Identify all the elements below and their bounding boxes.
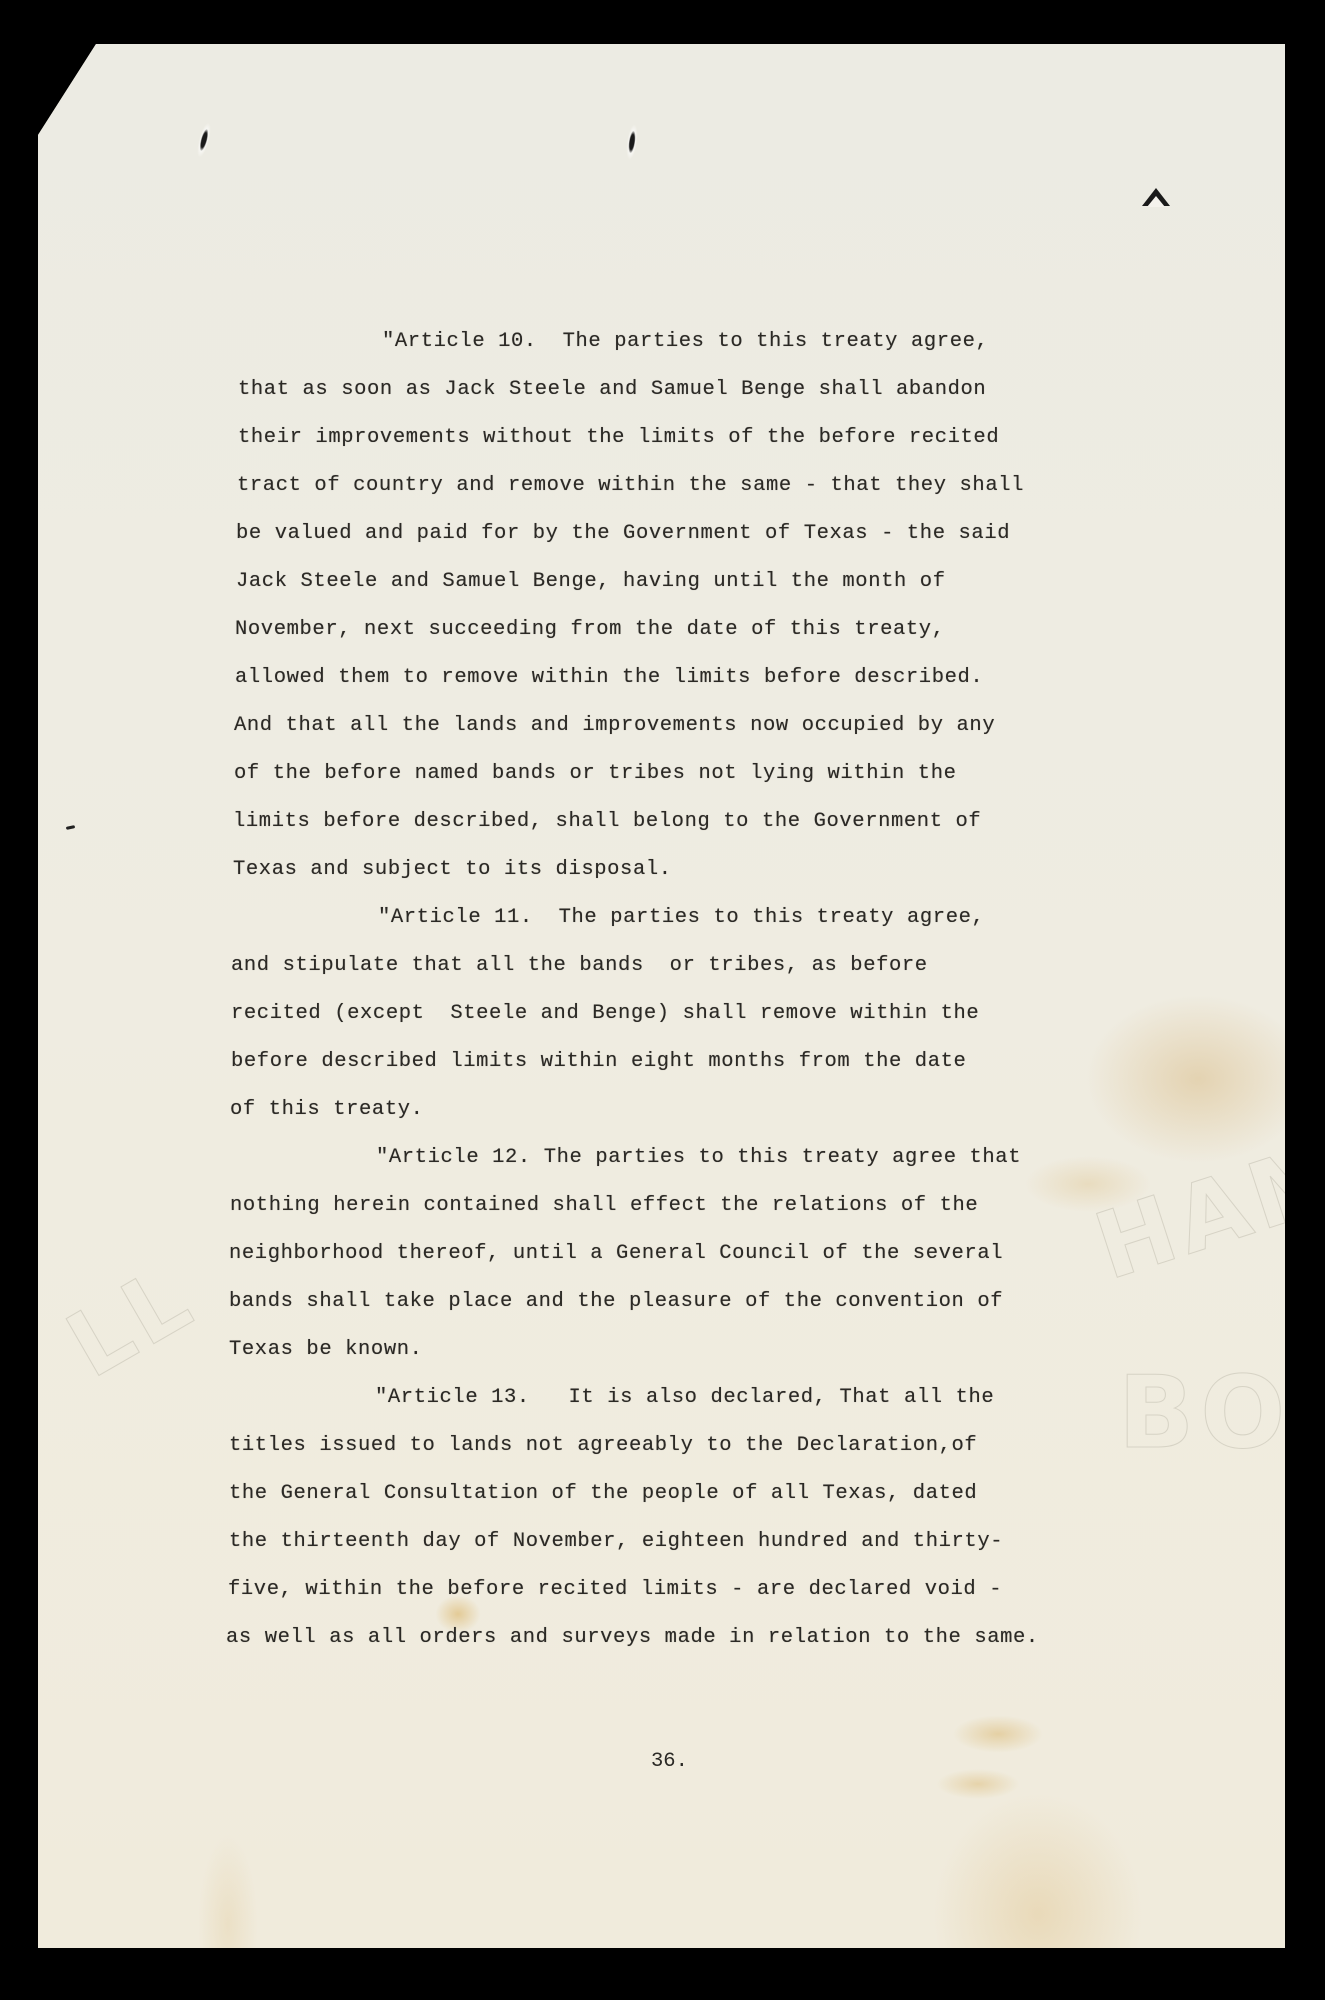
typewritten-text: "Article 10. The parties to this treaty …: [0, 0, 1325, 2000]
text-line: "Article 12. The parties to this treaty …: [376, 1146, 1021, 1170]
text-line: their improvements without the limits of…: [238, 426, 999, 450]
text-line: bands shall take place and the pleasure …: [229, 1290, 1003, 1314]
text-line: titles issued to lands not agreeably to …: [229, 1434, 977, 1458]
text-line: of the before named bands or tribes not …: [234, 762, 957, 786]
text-line: before described limits within eight mon…: [231, 1050, 966, 1074]
text-line: Texas and subject to its disposal.: [233, 858, 672, 882]
text-line: nothing herein contained shall effect th…: [230, 1194, 978, 1218]
text-line: tract of country and remove within the s…: [237, 474, 1024, 498]
text-line: limits before described, shall belong to…: [233, 810, 981, 834]
text-line: the General Consultation of the people o…: [229, 1482, 977, 1506]
text-line: of this treaty.: [230, 1098, 424, 1122]
page-number: 36.: [651, 1750, 688, 1773]
text-line: be valued and paid for by the Government…: [236, 522, 1010, 546]
text-line: allowed them to remove within the limits…: [235, 666, 983, 690]
text-line: and stipulate that all the bands or trib…: [231, 954, 928, 978]
text-line: "Article 11. The parties to this treaty …: [378, 906, 984, 930]
text-line: as well as all orders and surveys made i…: [226, 1626, 1039, 1650]
text-line: the thirteenth day of November, eighteen…: [229, 1530, 1003, 1554]
text-line: Texas be known.: [229, 1338, 423, 1362]
text-line: November, next succeeding from the date …: [235, 618, 945, 642]
text-line: that as soon as Jack Steele and Samuel B…: [238, 378, 986, 402]
text-line: neighborhood thereof, until a General Co…: [229, 1242, 1003, 1266]
text-line: "Article 13. It is also declared, That a…: [375, 1386, 994, 1410]
text-line: five, within the before recited limits -…: [228, 1578, 1002, 1602]
text-line: Jack Steele and Samuel Benge, having unt…: [236, 570, 946, 594]
text-line: And that all the lands and improvements …: [234, 714, 995, 738]
text-line: "Article 10. The parties to this treaty …: [382, 330, 988, 354]
text-line: recited (except Steele and Benge) shall …: [231, 1002, 979, 1026]
